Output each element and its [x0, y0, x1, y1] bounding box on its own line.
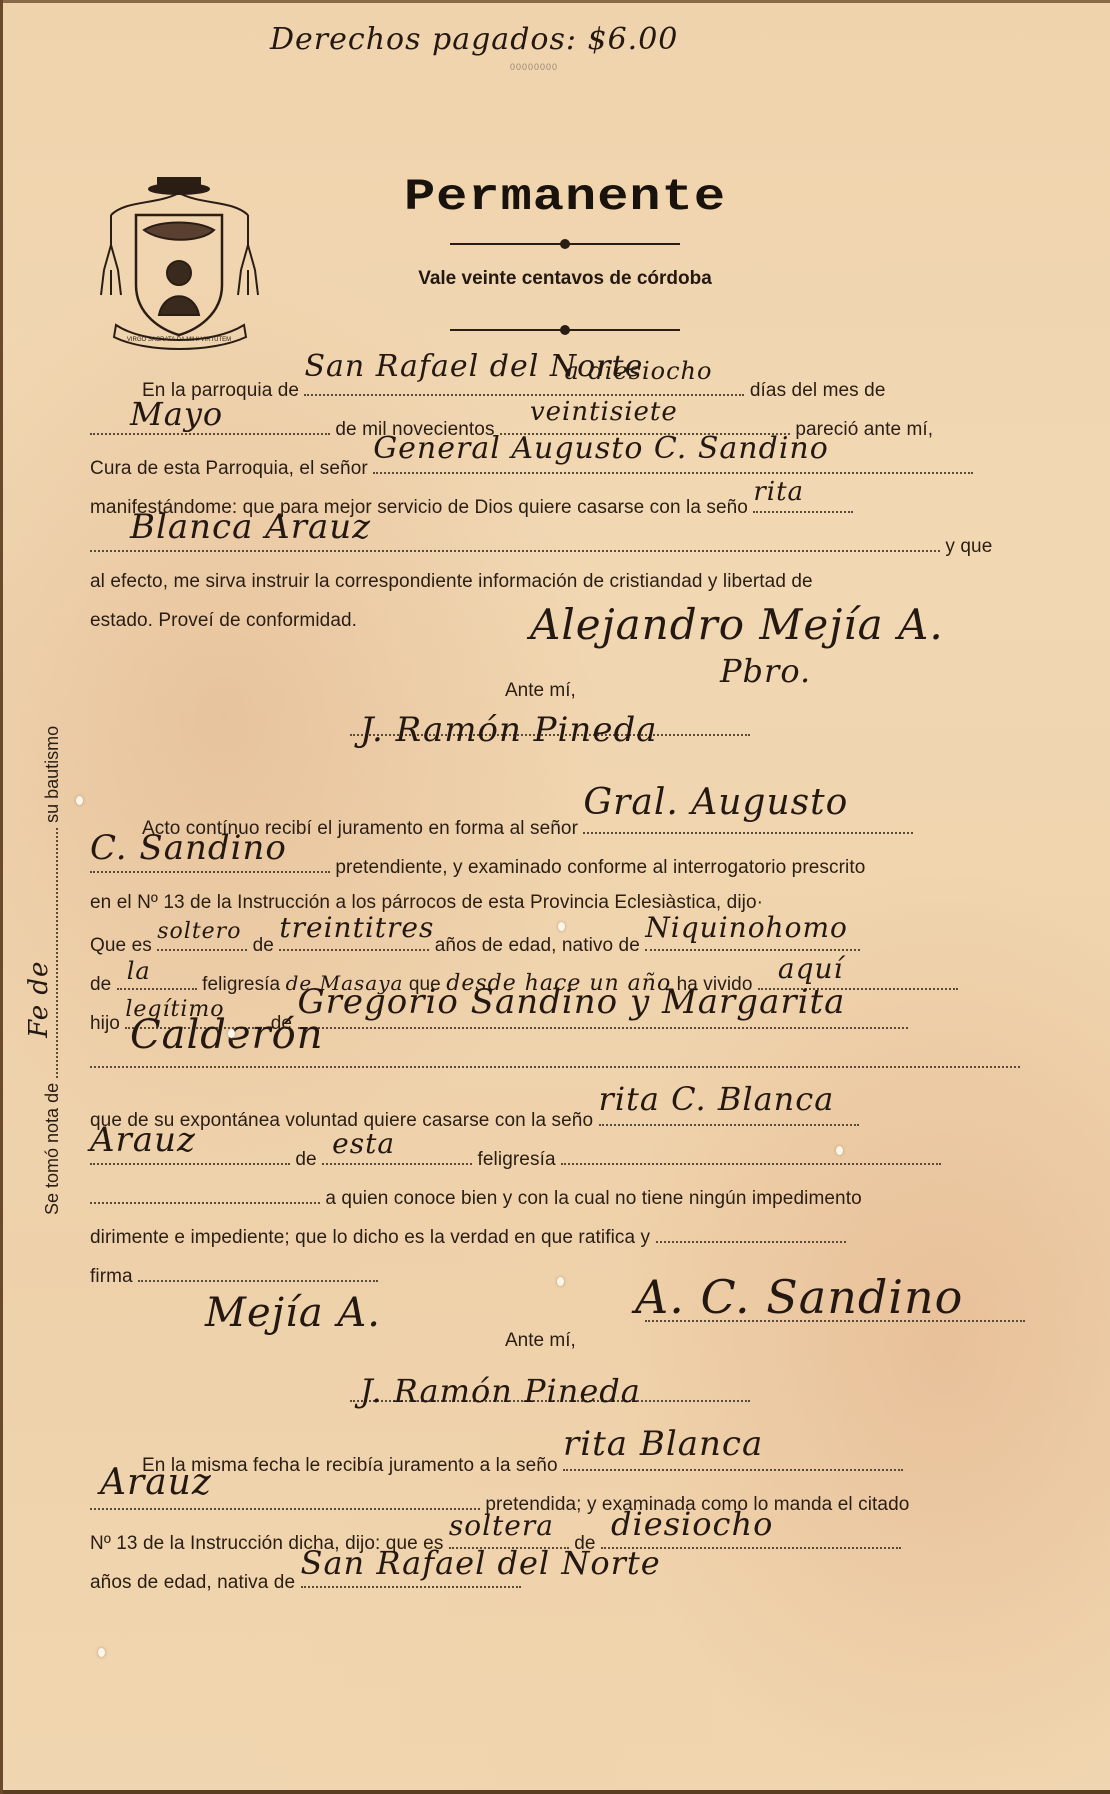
- svg-text:VIRGO SACRATA DA MIHI VIRTUTEM: VIRGO SACRATA DA MIHI VIRTUTEM: [127, 337, 231, 343]
- paper-hole: [558, 922, 565, 931]
- parish-field: San Rafael del Norte a diesiocho: [304, 370, 744, 396]
- groom-age-field: treintitres: [279, 925, 429, 951]
- priest-title: Pbro.: [720, 652, 811, 690]
- groom-signature: A. C. Sandino: [635, 1270, 963, 1324]
- bride-name-field-c: rita C. Blanca: [599, 1100, 859, 1126]
- section2-line8: que de su expontánea voluntad quiere cas…: [90, 1100, 1025, 1134]
- section1-line5: Blanca Arauz y que: [90, 526, 1025, 560]
- priest-signature: Alejandro Mejía A.: [530, 600, 944, 649]
- paper-hole: [557, 1277, 564, 1286]
- paper-hole: [228, 1029, 235, 1038]
- section3-line2: Arauz pretendida; y examinada como lo ma…: [90, 1484, 1025, 1518]
- blank-field: [90, 1178, 320, 1204]
- bride-oath-field-a: rita Blanca: [563, 1445, 903, 1471]
- notary-signature: J. Ramón Pineda: [360, 710, 657, 750]
- section2-line4: Que es soltero de treintitres años de ed…: [90, 925, 1025, 959]
- bride-name-field-b: Blanca Arauz: [90, 526, 940, 552]
- bride-birthplace-field: San Rafael del Norte: [301, 1562, 521, 1588]
- page-title: Permanente: [295, 172, 835, 222]
- fee-note: Derechos pagados: $6.00: [270, 22, 678, 57]
- section2-line9: Arauz de esta feligresía: [90, 1139, 1025, 1173]
- groom-status-field: soltero: [157, 925, 247, 951]
- ecclesiastical-crest-icon: VIRGO SACRATA DA MIHI VIRTUTEM: [96, 175, 266, 350]
- document-page: Derechos pagados: $6.00 00000000 VIRGO S…: [0, 0, 1110, 1794]
- groom-birthplace-field: Niquinohomo: [645, 925, 860, 951]
- section1-line3: Cura de esta Parroquia, el señor General…: [90, 448, 1025, 482]
- bride-parish-field: esta: [322, 1139, 472, 1165]
- groom-name-field: General Augusto C. Sandino: [373, 448, 973, 474]
- divider-ornament: [450, 329, 680, 331]
- margin-note-field: Fe de: [38, 828, 58, 1078]
- section2-line11: dirimente e impediente; que lo dicho es …: [90, 1217, 1025, 1251]
- ante-mi-label-2: Ante mí,: [505, 1330, 576, 1352]
- month-field: Mayo: [90, 409, 330, 435]
- bride-parish-field-b: [561, 1139, 941, 1165]
- ante-mi-label: Ante mí,: [505, 680, 576, 702]
- bride-surname-field: Arauz: [90, 1139, 290, 1165]
- signature-field: [138, 1256, 378, 1282]
- groom-parish-field: la: [117, 964, 197, 990]
- subtitle: Vale veinte centavos de córdoba: [295, 268, 835, 290]
- priest-signature-short: Mejía A.: [205, 1290, 381, 1336]
- groom-oath-field-a: Gral. Augusto: [583, 808, 913, 834]
- section3-line1: En la misma fecha le recibía juramento a…: [90, 1445, 1025, 1479]
- paper-hole: [76, 796, 83, 805]
- section2-line7: Calderón: [90, 1042, 1025, 1076]
- groom-parents-field: Gregorio Sandino y Margarita: [298, 1003, 908, 1029]
- section2-line10: a quien conoce bien y con la cual no tie…: [90, 1178, 1025, 1212]
- paper-hole: [98, 1648, 105, 1657]
- divider-ornament: [450, 243, 680, 245]
- blank-field: [656, 1217, 846, 1243]
- bride-oath-field-b: Arauz: [90, 1484, 480, 1510]
- section1-line6: al efecto, me sirva instruir la correspo…: [90, 565, 1025, 599]
- paper-hole: [836, 1146, 843, 1155]
- notary-signature-2: J. Ramón Pineda: [360, 1372, 641, 1410]
- section2-line2: C. Sandino pretendiente, y examinado con…: [90, 847, 1025, 881]
- groom-oath-field-b: C. Sandino: [90, 847, 330, 873]
- stamp-number: 00000000: [510, 62, 558, 72]
- bride-name-field-a: rita: [753, 487, 853, 513]
- section3-line4: años de edad, nativa de San Rafael del N…: [90, 1562, 1025, 1596]
- margin-baptism-note: Se tomó nota de Fe de su bautismo: [38, 726, 63, 1215]
- groom-parents-field-b: Calderón: [90, 1042, 1020, 1068]
